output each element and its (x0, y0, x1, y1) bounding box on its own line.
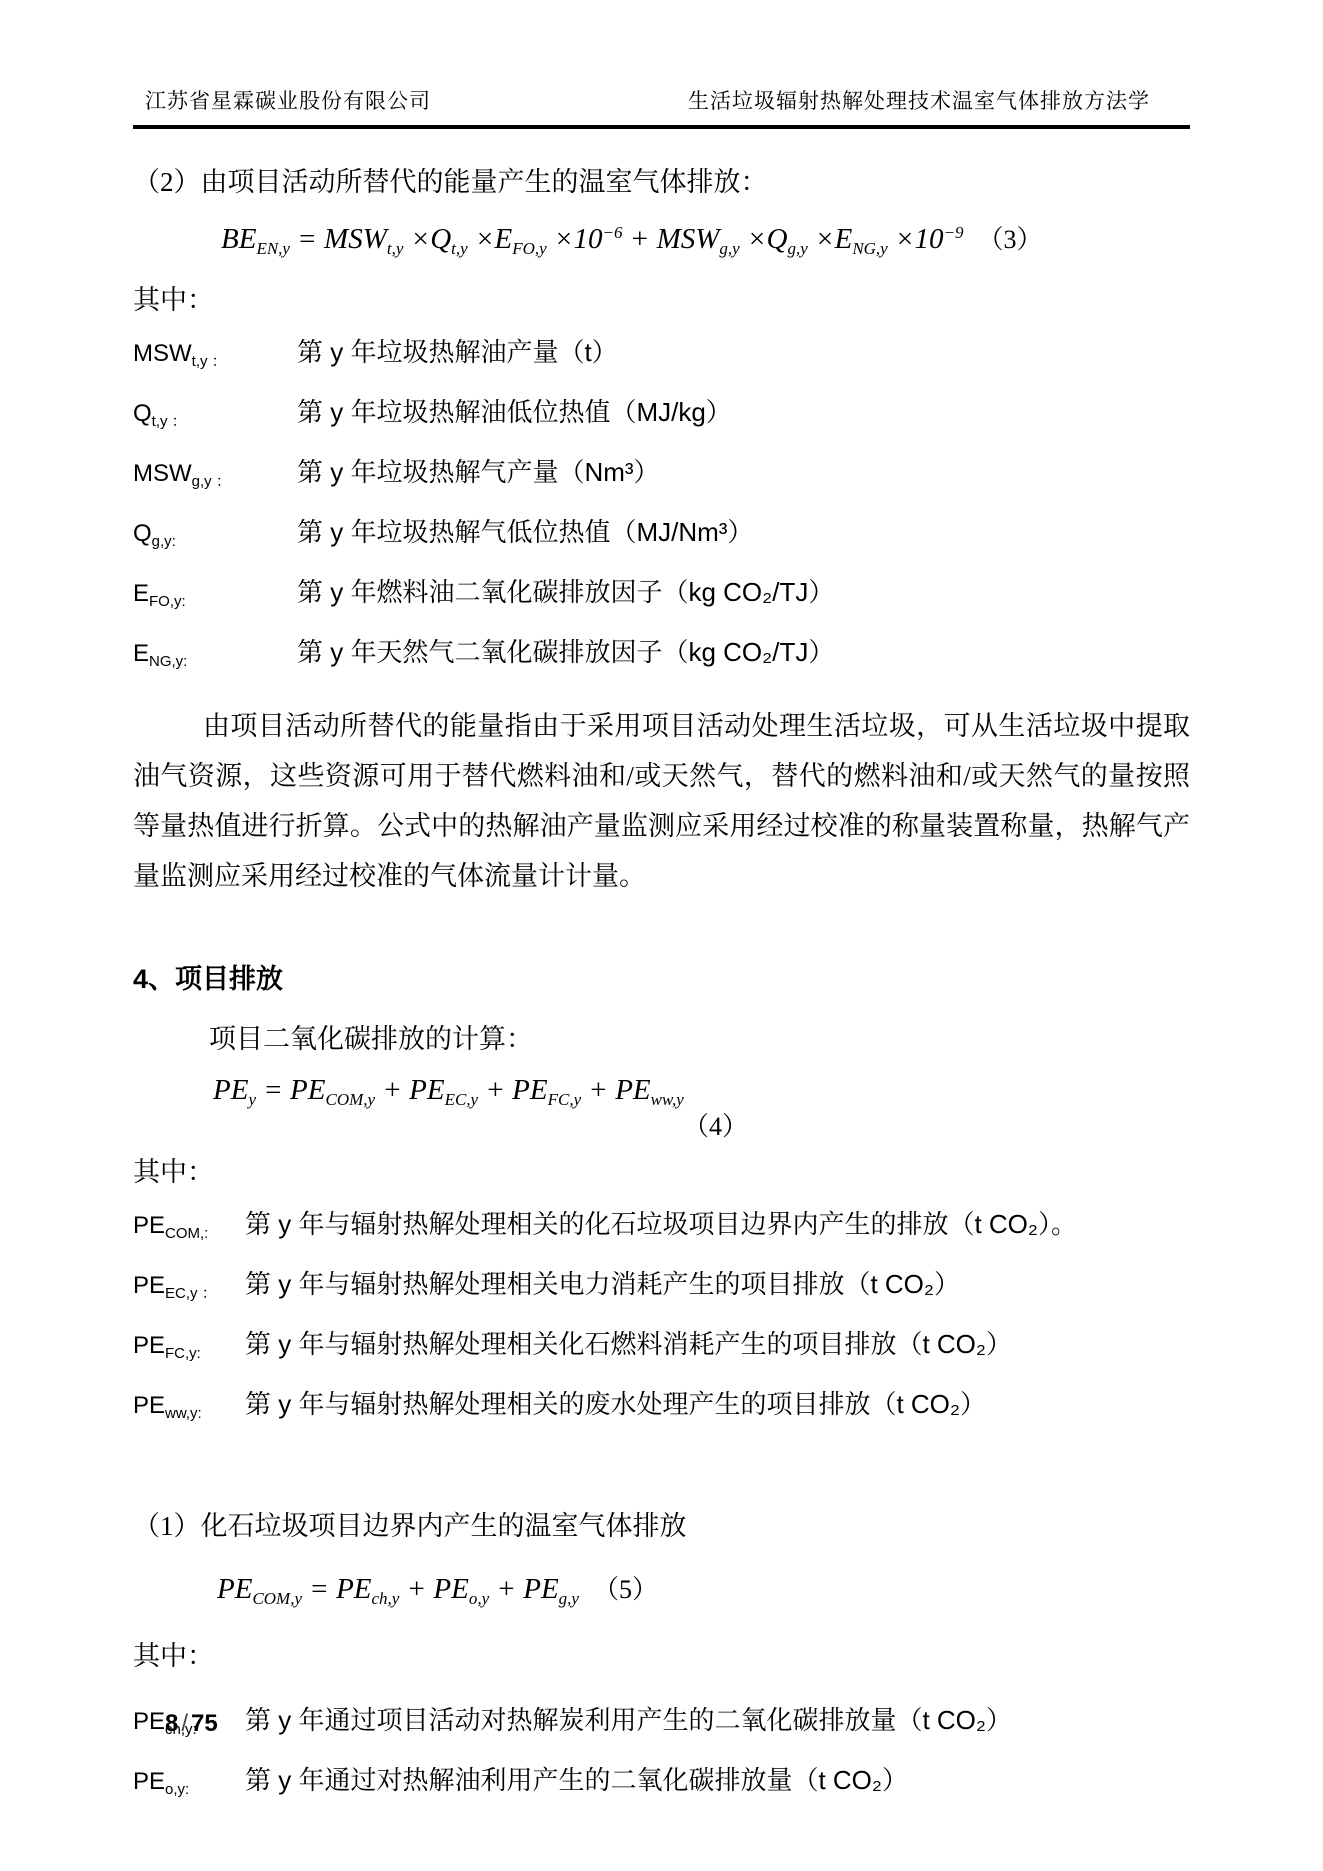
term-subscript: FO,y: (149, 593, 186, 610)
definition-row: PEo,y: 第 y 年通过对热解油利用产生的二氧化碳排放量（t CO₂） (133, 1755, 1190, 1815)
term-description: 第 y 年垃圾热解气低位热值（MJ/Nm³） (297, 507, 753, 558)
definition-row: PEww,y: 第 y 年与辐射热解处理相关的废水处理产生的项目排放（t CO₂… (133, 1379, 1190, 1439)
among-label-3: 其中： (133, 1639, 1190, 1673)
be-definition-list: MSWt,y ： 第 y 年垃圾热解油产量（t） Qt,y ： 第 y 年垃圾热… (133, 327, 1190, 687)
term-subscript: o,y: (165, 1781, 189, 1798)
term-description: 第 y 年通过项目活动对热解炭利用产生的二氧化碳排放量（t CO₂） (245, 1695, 1012, 1745)
pe-intro: 项目二氧化碳排放的计算： (133, 1022, 1190, 1056)
definition-row: PEch,y: 第 y 年通过项目活动对热解炭利用产生的二氧化碳排放量（t CO… (133, 1695, 1190, 1755)
among-label-2: 其中： (133, 1155, 1190, 1189)
term-description: 第 y 年与辐射热解处理相关电力消耗产生的项目排放（t CO₂） (245, 1259, 960, 1309)
definition-row: EFO,y: 第 y 年燃料油二氧化碳排放因子（kg CO₂/TJ） (133, 567, 1190, 627)
term-base: PE (133, 1392, 165, 1419)
formula-3: BEEN,y = MSWt,y ×Qt,y ×EFO,y ×10−6 + MSW… (133, 219, 1190, 259)
term-subscript: g,y: (152, 533, 176, 550)
term-base: PE (133, 1332, 165, 1359)
be-explanation-paragraph: 由项目活动所替代的能量指由于采用项目活动处理生活垃圾，可从生活垃圾中提取油气资源… (133, 701, 1190, 901)
term-symbol: PECOM,: (133, 1201, 245, 1259)
definition-row: Qg,y: 第 y 年垃圾热解气低位热值（MJ/Nm³） (133, 507, 1190, 567)
page-number-current: 8 (165, 1710, 178, 1737)
com-definition-list: PEch,y: 第 y 年通过项目活动对热解炭利用产生的二氧化碳排放量（t CO… (133, 1695, 1190, 1815)
formula-5: PECOM,y = PEch,y + PEo,y + PEg,y（5） (133, 1569, 1190, 1609)
term-base: MSW (133, 460, 192, 487)
header-rule (133, 125, 1190, 129)
document-page: 江苏省星霖碳业股份有限公司 生活垃圾辐射热解处理技术温室气体排放方法学 （2）由… (0, 0, 1323, 1871)
equation-number-3: （3） (964, 225, 1043, 254)
term-symbol: Qt,y ： (133, 388, 297, 447)
equation-number-5: （5） (579, 1575, 658, 1604)
section-4-heading: 4、项目排放 (133, 957, 1190, 996)
term-base: E (133, 640, 149, 667)
term-symbol: PEFC,y: (133, 1321, 245, 1379)
equation-number-4: （4） (683, 1106, 1190, 1143)
term-subscript: EC,y ： (165, 1285, 217, 1302)
term-base: E (133, 580, 149, 607)
term-symbol: MSWg,y ： (133, 448, 297, 507)
term-subscript: ww,y: (165, 1405, 202, 1422)
formula-5-expression: PECOM,y = PEch,y + PEo,y + PEg,y (217, 1573, 579, 1605)
term-base: PE (133, 1768, 165, 1795)
page-number-separator: / (178, 1710, 191, 1737)
formula-3-expression: BEEN,y = MSWt,y ×Qt,y ×EFO,y ×10−6 + MSW… (221, 223, 964, 255)
term-subscript: t,y ： (152, 413, 187, 430)
term-symbol: PEo,y: (133, 1757, 245, 1815)
term-subscript: g,y ： (192, 473, 231, 490)
formula-4: PEy = PECOM,y + PEEC,y + PEFC,y + PEww,y… (133, 1074, 1190, 1143)
term-description: 第 y 年垃圾热解油产量（t） (297, 327, 618, 378)
page-number: 8/75 (165, 1710, 218, 1738)
term-description: 第 y 年垃圾热解气产量（Nm³） (297, 447, 660, 498)
term-description: 第 y 年与辐射热解处理相关化石燃料消耗产生的项目排放（t CO₂） (245, 1319, 1012, 1369)
definition-row: ENG,y: 第 y 年天然气二氧化碳排放因子（kg CO₂/TJ） (133, 627, 1190, 687)
term-base: Q (133, 520, 152, 547)
term-base: PE (133, 1708, 165, 1735)
term-base: MSW (133, 340, 192, 367)
definition-row: PECOM,: 第 y 年与辐射热解处理相关的化石垃圾项目边界内产生的排放（t … (133, 1199, 1190, 1259)
section-2-heading: （2）由项目活动所替代的能量产生的温室气体排放： (133, 165, 1190, 199)
definition-row: PEFC,y: 第 y 年与辐射热解处理相关化石燃料消耗产生的项目排放（t CO… (133, 1319, 1190, 1379)
term-description: 第 y 年垃圾热解油低位热值（MJ/kg） (297, 387, 732, 438)
term-symbol: Qg,y: (133, 508, 297, 567)
term-description: 第 y 年燃料油二氧化碳排放因子（kg CO₂/TJ） (297, 567, 834, 618)
definition-row: PEEC,y ： 第 y 年与辐射热解处理相关电力消耗产生的项目排放（t CO₂… (133, 1259, 1190, 1319)
among-label-1: 其中： (133, 283, 1190, 317)
term-base: PE (133, 1272, 165, 1299)
term-symbol: MSWt,y ： (133, 328, 297, 387)
definition-row: Qt,y ： 第 y 年垃圾热解油低位热值（MJ/kg） (133, 387, 1190, 447)
section-1-heading: （1）化石垃圾项目边界内产生的温室气体排放 (133, 1509, 1190, 1543)
term-base: Q (133, 400, 152, 427)
term-symbol: ENG,y: (133, 628, 297, 687)
page-header: 江苏省星霖碳业股份有限公司 生活垃圾辐射热解处理技术温室气体排放方法学 (133, 85, 1190, 115)
document-title: 生活垃圾辐射热解处理技术温室气体排放方法学 (688, 85, 1150, 115)
term-description: 第 y 年与辐射热解处理相关的废水处理产生的项目排放（t CO₂） (245, 1379, 986, 1429)
definition-row: MSWt,y ： 第 y 年垃圾热解油产量（t） (133, 327, 1190, 387)
term-symbol: PEww,y: (133, 1381, 245, 1439)
term-subscript: NG,y: (149, 653, 187, 670)
company-name: 江苏省星霖碳业股份有限公司 (145, 85, 431, 115)
term-subscript: FC,y: (165, 1345, 201, 1362)
page-number-total: 75 (191, 1710, 218, 1737)
term-description: 第 y 年与辐射热解处理相关的化石垃圾项目边界内产生的排放（t CO₂）。 (245, 1199, 1077, 1249)
term-subscript: t,y ： (192, 353, 227, 370)
term-subscript: COM,: (165, 1225, 208, 1242)
pe-definition-list: PECOM,: 第 y 年与辐射热解处理相关的化石垃圾项目边界内产生的排放（t … (133, 1199, 1190, 1439)
term-base: PE (133, 1212, 165, 1239)
term-symbol: EFO,y: (133, 568, 297, 627)
formula-4-expression: PEy = PECOM,y + PEEC,y + PEFC,y + PEww,y (213, 1074, 684, 1106)
term-description: 第 y 年天然气二氧化碳排放因子（kg CO₂/TJ） (297, 627, 834, 678)
term-description: 第 y 年通过对热解油利用产生的二氧化碳排放量（t CO₂） (245, 1755, 908, 1805)
definition-row: MSWg,y ： 第 y 年垃圾热解气产量（Nm³） (133, 447, 1190, 507)
term-symbol: PEEC,y ： (133, 1261, 245, 1319)
